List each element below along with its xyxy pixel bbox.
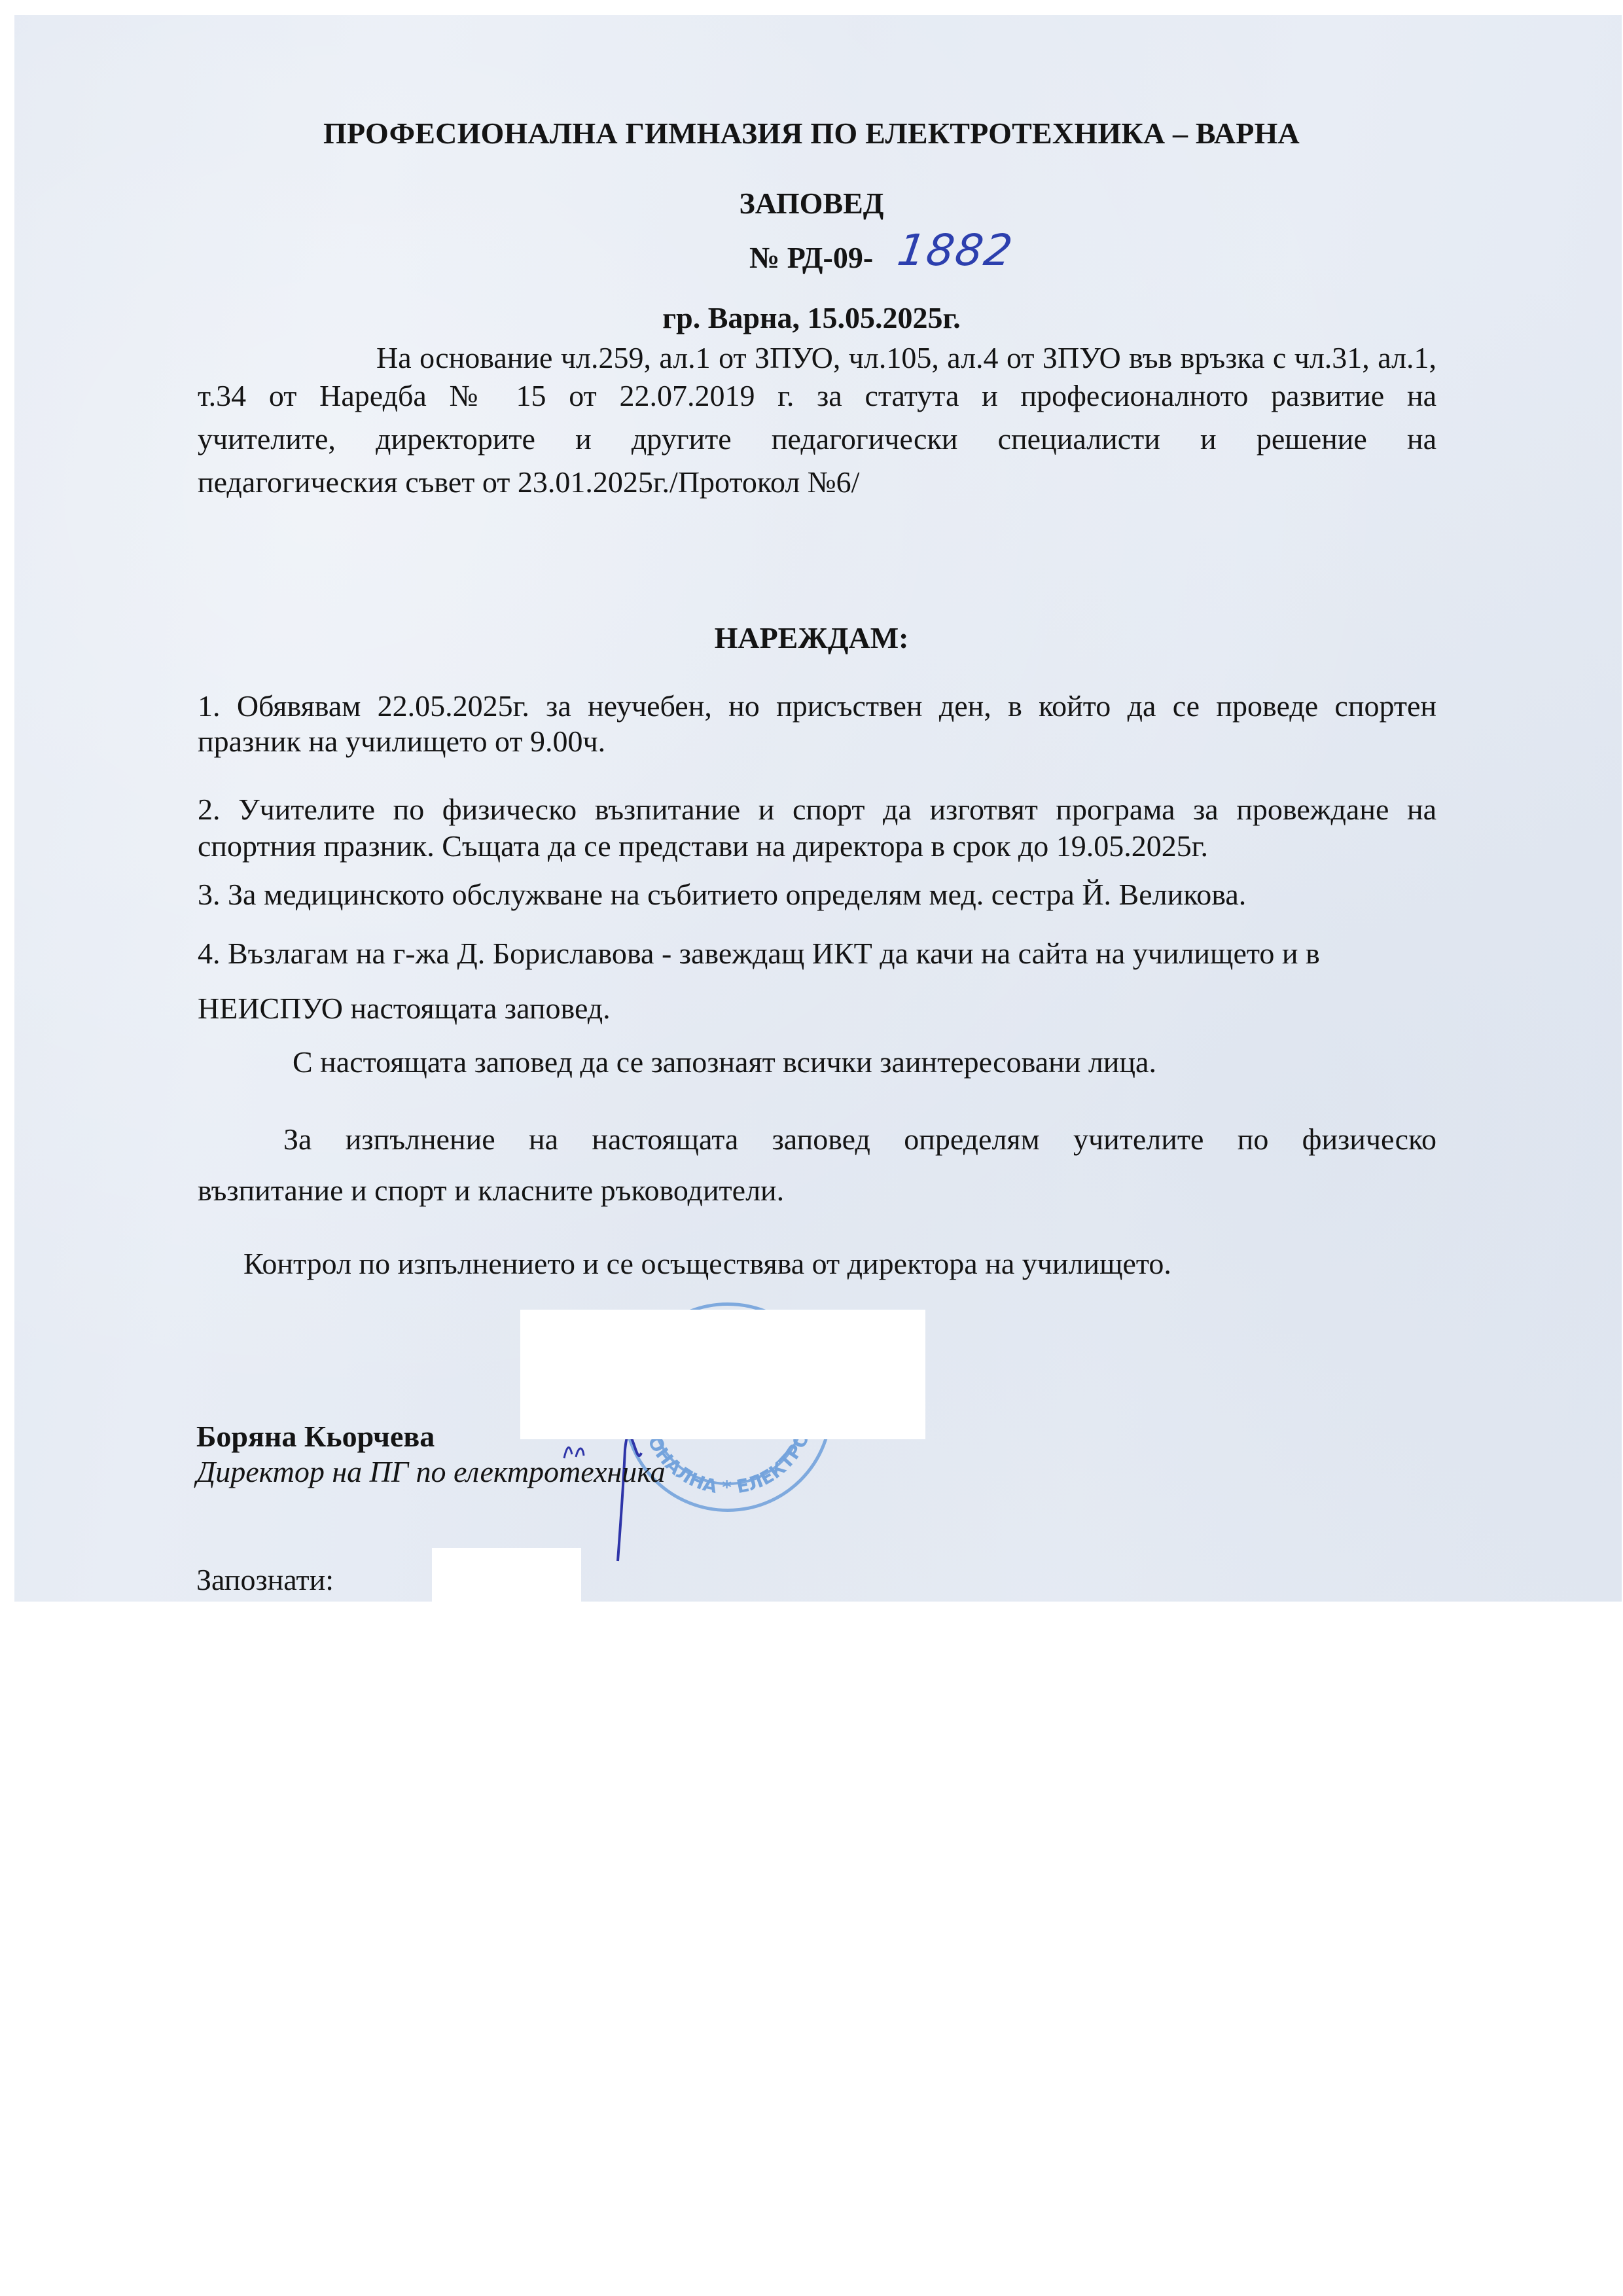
item-2-line-2: спортния празник. Същата да се представи…	[198, 831, 1436, 861]
order-number-prefix: № РД-09-	[749, 243, 873, 273]
handwritten-order-number: 1882	[895, 229, 1016, 272]
execution-line-1: За изпълнение на настоящата заповед опре…	[283, 1124, 1436, 1155]
preamble-line-3: учителите, директорите и другите педагог…	[198, 424, 1436, 454]
institution-heading: ПРОФЕСИОНАЛНА ГИМНАЗИЯ ПО ЕЛЕКТРОТЕХНИКА…	[0, 118, 1623, 149]
control-statement: Контрол по изпълнението и се осъществява…	[243, 1249, 1171, 1279]
item-1-line-2: празник на училището от 9.00ч.	[198, 726, 1436, 757]
item-1-line-1: 1. Обявявам 22.05.2025г. за неучебен, но…	[198, 691, 1436, 721]
execution-line-2: възпитание и спорт и класните ръководите…	[198, 1175, 1436, 1206]
order-heading: НАРЕЖДАМ:	[0, 623, 1623, 653]
signatory-name: Боряна Кьорчева	[196, 1422, 435, 1452]
document-type-heading: ЗАПОВЕД	[0, 188, 1623, 219]
acquaint-statement: С настоящата заповед да се запознаят вси…	[293, 1047, 1156, 1077]
item-4-line-1: 4. Възлагам на г-жа Д. Бориславова - зав…	[198, 939, 1436, 969]
signatory-title: Директор на ПГ по електротехника	[196, 1457, 666, 1487]
preamble-line-4: педагогическия съвет от 23.01.2025г./Про…	[198, 467, 1436, 497]
acknowledged-redaction-box	[432, 1548, 581, 1602]
place-and-date: гр. Варна, 15.05.2025г.	[0, 303, 1623, 333]
item-3-line-1: 3. За медицинското обслужване на събитие…	[198, 880, 1436, 910]
preamble-line-1: На основание чл.259, ал.1 от ЗПУО, чл.10…	[376, 343, 1436, 373]
item-4-line-2: НЕИСПУО настоящата заповед.	[198, 994, 1436, 1024]
item-2-line-1: 2. Учителите по физическо възпитание и с…	[198, 795, 1436, 825]
preamble-line-2: т.34 от Наредба № 15 от 22.07.2019 г. за…	[198, 381, 1436, 411]
acknowledged-label: Запознати:	[196, 1565, 334, 1595]
signature-redaction-box	[520, 1310, 925, 1439]
